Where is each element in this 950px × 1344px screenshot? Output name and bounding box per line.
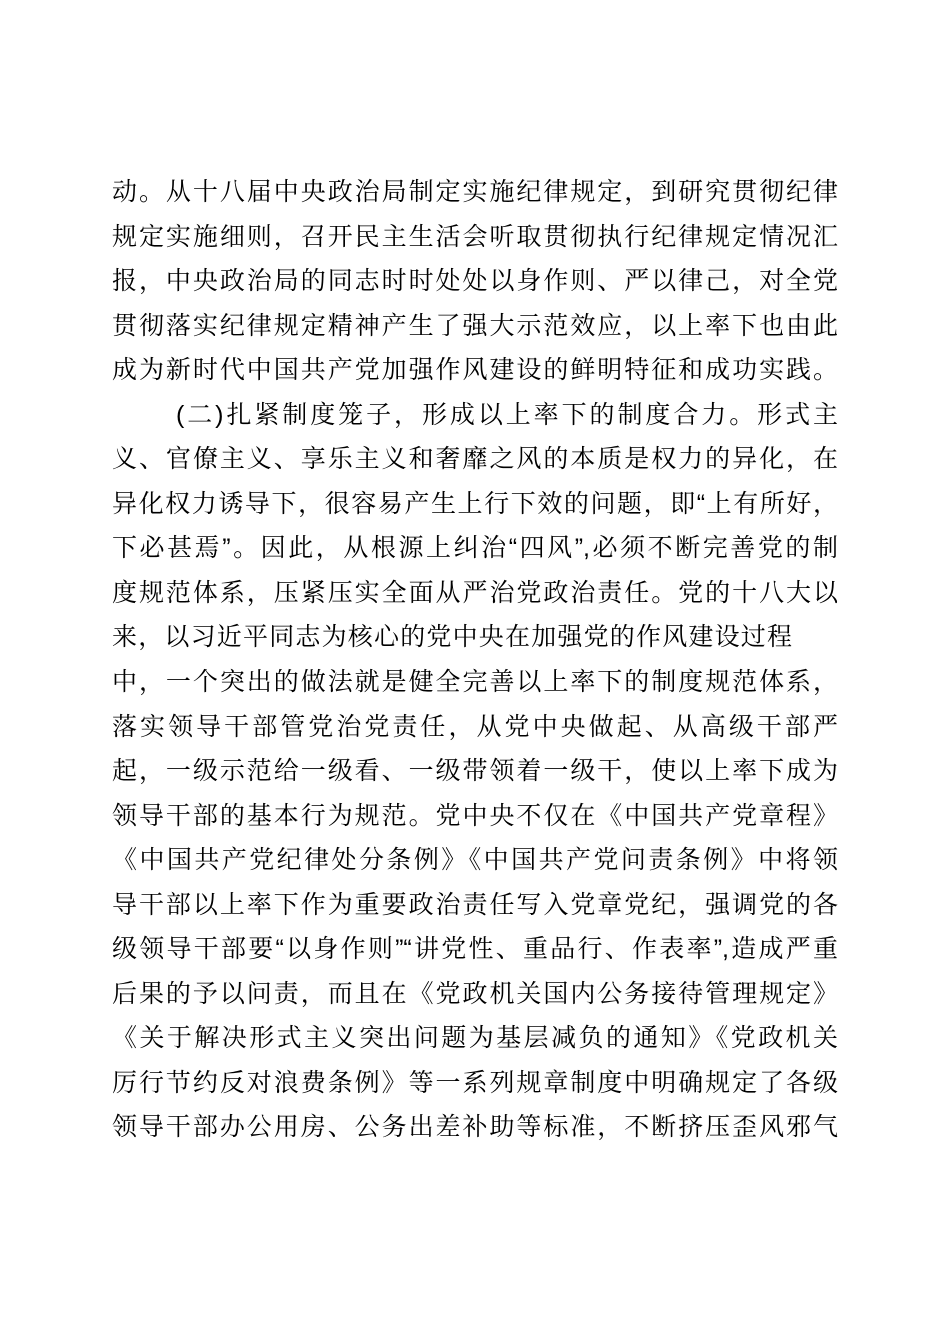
- text-line: 领导干部的基本行为规范。党中央不仅在《中国共产党章程》: [112, 794, 838, 839]
- text-line: 落实领导干部管党治党责任，从党中央做起、从高级干部严: [112, 705, 838, 750]
- text-line: 贯彻落实纪律规定精神产生了强大示范效应，以上率下也由此: [112, 304, 838, 349]
- text-line: 下必甚焉”。因此，从根源上纠治“四风”,必须不断完善党的制: [112, 526, 838, 571]
- text-line: 厉行节约反对浪费条例》等一系列规章制度中明确规定了各级: [112, 1061, 838, 1106]
- text-line: 动。从十八届中央政治局制定实施纪律规定，到研究贯彻纪律: [112, 170, 838, 215]
- text-line: 中，一个突出的做法就是健全完善以上率下的制度规范体系，: [112, 660, 838, 705]
- text-line: 报，中央政治局的同志时时处处以身作则、严以律己，对全党: [112, 259, 838, 304]
- text-line: 后果的予以问责，而且在《党政机关国内公务接待管理规定》: [112, 972, 838, 1017]
- document-page: 动。从十八届中央政治局制定实施纪律规定，到研究贯彻纪律 规定实施细则，召开民主生…: [0, 0, 950, 1344]
- text-line: 起，一级示范给一级看、一级带领着一级干，使以上率下成为: [112, 749, 838, 794]
- text-line: 《关于解决形式主义突出问题为基层减负的通知》《党政机关: [112, 1016, 838, 1061]
- text-line: 《中国共产党纪律处分条例》《中国共产党问责条例》中将领: [112, 838, 838, 883]
- text-line: 领导干部办公用房、公务出差补助等标准，不断挤压歪风邪气: [112, 1105, 838, 1150]
- text-line: 成为新时代中国共产党加强作风建设的鲜明特征和成功实践。: [112, 348, 838, 393]
- document-body-text: 动。从十八届中央政治局制定实施纪律规定，到研究贯彻纪律 规定实施细则，召开民主生…: [112, 170, 838, 1150]
- text-line: 度规范体系，压紧压实全面从严治党政治责任。党的十八大以: [112, 571, 838, 616]
- text-line: 级领导干部要“以身作则”“讲党性、重品行、作表率”,造成严重: [112, 927, 838, 972]
- text-line: 来，以习近平同志为核心的党中央在加强党的作风建设过程: [112, 615, 838, 660]
- text-line: 规定实施细则，召开民主生活会听取贯彻执行纪律规定情况汇: [112, 215, 838, 260]
- text-line: 义、官僚主义、享乐主义和奢靡之风的本质是权力的异化，在: [112, 437, 838, 482]
- text-line: 异化权力诱导下，很容易产生上行下效的问题，即“上有所好，: [112, 482, 838, 527]
- text-line-paragraph-start: (二)扎紧制度笼子，形成以上率下的制度合力。形式主: [112, 393, 838, 438]
- text-line: 导干部以上率下作为重要政治责任写入党章党纪，强调党的各: [112, 883, 838, 928]
